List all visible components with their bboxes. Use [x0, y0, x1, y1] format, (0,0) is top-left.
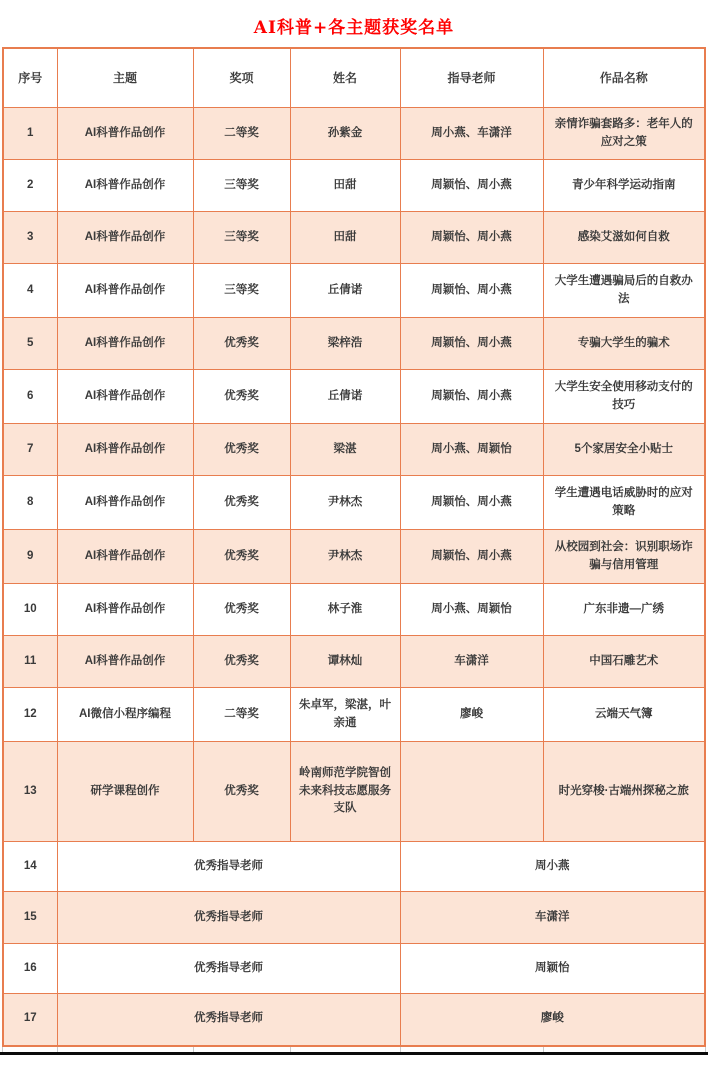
- cell-no: 10: [3, 584, 57, 636]
- cell-award: 优秀奖: [193, 584, 290, 636]
- cell-no: 7: [3, 424, 57, 476]
- gridline-tick: [57, 1047, 58, 1052]
- cell-name: 梁湛: [290, 424, 400, 476]
- cell-award: 三等奖: [193, 212, 290, 264]
- cell-no: 13: [3, 742, 57, 842]
- gridline-tick: [400, 1047, 401, 1052]
- cell-name: 尹林杰: [290, 530, 400, 584]
- cell-no: 16: [3, 944, 57, 994]
- cell-no: 14: [3, 842, 57, 892]
- cell-topic: AI科普作品创作: [57, 370, 193, 424]
- cell-teacher: [400, 742, 543, 842]
- cell-topic: AI科普作品创作: [57, 160, 193, 212]
- cell-award-label: 优秀指导老师: [57, 994, 400, 1046]
- cell-teacher: 周颖怡、周小燕: [400, 318, 543, 370]
- cell-award: 三等奖: [193, 264, 290, 318]
- cell-teacher: 周小燕、周颖怡: [400, 424, 543, 476]
- summary-row: 15优秀指导老师车潇洋: [3, 892, 705, 944]
- cell-award: 优秀奖: [193, 476, 290, 530]
- cell-topic: AI科普作品创作: [57, 584, 193, 636]
- cell-name: 田甜: [290, 160, 400, 212]
- cell-work: 大学生遭遇骗局后的自救办法: [543, 264, 705, 318]
- cell-topic: AI科普作品创作: [57, 264, 193, 318]
- cell-no: 4: [3, 264, 57, 318]
- cell-award: 三等奖: [193, 160, 290, 212]
- cell-teacher: 周颖怡、周小燕: [400, 530, 543, 584]
- header-cell-topic: 主题: [57, 48, 193, 108]
- summary-row: 14优秀指导老师周小燕: [3, 842, 705, 892]
- header-cell-name: 姓名: [290, 48, 400, 108]
- cell-award-label: 优秀指导老师: [57, 944, 400, 994]
- cell-work: 感染艾滋如何自救: [543, 212, 705, 264]
- table-row: 11AI科普作品创作优秀奖谭林灿车潇洋中国石雕艺术: [3, 636, 705, 688]
- cell-award: 优秀奖: [193, 636, 290, 688]
- cell-winner: 车潇洋: [400, 892, 705, 944]
- gridline-tick: [705, 1047, 706, 1052]
- screenshot-edge-line: [0, 1052, 708, 1055]
- cell-teacher: 周颖怡、周小燕: [400, 264, 543, 318]
- summary-row: 16优秀指导老师周颖怡: [3, 944, 705, 994]
- bottom-strip: [0, 1047, 708, 1059]
- table-row: 4AI科普作品创作三等奖丘倩诺周颖怡、周小燕大学生遭遇骗局后的自救办法: [3, 264, 705, 318]
- cell-topic: AI科普作品创作: [57, 424, 193, 476]
- cell-topic: 研学课程创作: [57, 742, 193, 842]
- cell-award-label: 优秀指导老师: [57, 842, 400, 892]
- cell-work: 学生遭遇电话威胁时的应对策略: [543, 476, 705, 530]
- cell-topic: AI科普作品创作: [57, 530, 193, 584]
- awards-table: 序号 主题 奖项 姓名 指导老师 作品名称 1AI科普作品创作二等奖孙紫金周小燕…: [2, 47, 706, 1047]
- cell-name: 田甜: [290, 212, 400, 264]
- cell-no: 12: [3, 688, 57, 742]
- header-cell-award: 奖项: [193, 48, 290, 108]
- table-row: 1AI科普作品创作二等奖孙紫金周小燕、车潇洋亲情诈骗套路多：老年人的应对之策: [3, 108, 705, 160]
- cell-teacher: 周小燕、周颖怡: [400, 584, 543, 636]
- table-row: 10AI科普作品创作优秀奖林子淮周小燕、周颖怡广东非遗—广绣: [3, 584, 705, 636]
- cell-name: 林子淮: [290, 584, 400, 636]
- cell-award: 二等奖: [193, 108, 290, 160]
- cell-no: 15: [3, 892, 57, 944]
- cell-name: 谭林灿: [290, 636, 400, 688]
- cell-work: 时光穿梭·古端州探秘之旅: [543, 742, 705, 842]
- cell-no: 6: [3, 370, 57, 424]
- cell-winner: 廖峻: [400, 994, 705, 1046]
- gridline-tick: [2, 1047, 3, 1052]
- cell-teacher: 车潇洋: [400, 636, 543, 688]
- cell-work: 5个家居安全小贴士: [543, 424, 705, 476]
- gridline-tick: [193, 1047, 194, 1052]
- cell-award: 优秀奖: [193, 370, 290, 424]
- table-row: 8AI科普作品创作优秀奖尹林杰周颖怡、周小燕学生遭遇电话威胁时的应对策略: [3, 476, 705, 530]
- cell-work: 云端天气簿: [543, 688, 705, 742]
- cell-winner: 周小燕: [400, 842, 705, 892]
- cell-topic: AI微信小程序编程: [57, 688, 193, 742]
- cell-teacher: 周颖怡、周小燕: [400, 370, 543, 424]
- cell-teacher: 廖峻: [400, 688, 543, 742]
- header-row: 序号 主题 奖项 姓名 指导老师 作品名称: [3, 48, 705, 108]
- table-row: 7AI科普作品创作优秀奖梁湛周小燕、周颖怡5个家居安全小贴士: [3, 424, 705, 476]
- gridline-tick: [290, 1047, 291, 1052]
- cell-name: 岭南师范学院智创未来科技志愿服务支队: [290, 742, 400, 842]
- cell-work: 中国石雕艺术: [543, 636, 705, 688]
- cell-teacher: 周小燕、车潇洋: [400, 108, 543, 160]
- cell-topic: AI科普作品创作: [57, 636, 193, 688]
- cell-award: 优秀奖: [193, 424, 290, 476]
- cell-no: 17: [3, 994, 57, 1046]
- cell-no: 9: [3, 530, 57, 584]
- cell-award-label: 优秀指导老师: [57, 892, 400, 944]
- cell-work: 青少年科学运动指南: [543, 160, 705, 212]
- cell-no: 11: [3, 636, 57, 688]
- cell-name: 孙紫金: [290, 108, 400, 160]
- cell-work: 专骗大学生的骗术: [543, 318, 705, 370]
- cell-topic: AI科普作品创作: [57, 318, 193, 370]
- summary-row: 17优秀指导老师廖峻: [3, 994, 705, 1046]
- cell-work: 广东非遗—广绣: [543, 584, 705, 636]
- cell-name: 尹林杰: [290, 476, 400, 530]
- cell-work: 从校园到社会：识别职场诈骗与信用管理: [543, 530, 705, 584]
- table-row: 9AI科普作品创作优秀奖尹林杰周颖怡、周小燕从校园到社会：识别职场诈骗与信用管理: [3, 530, 705, 584]
- cell-award: 优秀奖: [193, 530, 290, 584]
- cell-no: 5: [3, 318, 57, 370]
- cell-work: 亲情诈骗套路多：老年人的应对之策: [543, 108, 705, 160]
- document-page: AI科普+各主题获奖名单 序号 主题 奖项 姓名 指导老师 作品名称 1AI科普…: [0, 0, 708, 1070]
- cell-award: 二等奖: [193, 688, 290, 742]
- page-title: AI科普+各主题获奖名单: [0, 0, 708, 47]
- cell-teacher: 周颖怡、周小燕: [400, 160, 543, 212]
- cell-award: 优秀奖: [193, 318, 290, 370]
- cell-winner: 周颖怡: [400, 944, 705, 994]
- table-row: 5AI科普作品创作优秀奖梁梓浩周颖怡、周小燕专骗大学生的骗术: [3, 318, 705, 370]
- table-row: 3AI科普作品创作三等奖田甜周颖怡、周小燕感染艾滋如何自救: [3, 212, 705, 264]
- table-row: 13研学课程创作优秀奖岭南师范学院智创未来科技志愿服务支队时光穿梭·古端州探秘之…: [3, 742, 705, 842]
- table-row: 12AI微信小程序编程二等奖朱卓军，梁湛，叶亲通廖峻云端天气簿: [3, 688, 705, 742]
- gridline-tick: [543, 1047, 544, 1052]
- cell-topic: AI科普作品创作: [57, 212, 193, 264]
- cell-topic: AI科普作品创作: [57, 108, 193, 160]
- cell-no: 2: [3, 160, 57, 212]
- cell-topic: AI科普作品创作: [57, 476, 193, 530]
- header-cell-work: 作品名称: [543, 48, 705, 108]
- cell-teacher: 周颖怡、周小燕: [400, 476, 543, 530]
- header-cell-no: 序号: [3, 48, 57, 108]
- cell-award: 优秀奖: [193, 742, 290, 842]
- cell-no: 8: [3, 476, 57, 530]
- cell-name: 丘倩诺: [290, 370, 400, 424]
- header-cell-teacher: 指导老师: [400, 48, 543, 108]
- cell-name: 丘倩诺: [290, 264, 400, 318]
- table-row: 2AI科普作品创作三等奖田甜周颖怡、周小燕青少年科学运动指南: [3, 160, 705, 212]
- cell-teacher: 周颖怡、周小燕: [400, 212, 543, 264]
- cell-name: 朱卓军，梁湛，叶亲通: [290, 688, 400, 742]
- table-row: 6AI科普作品创作优秀奖丘倩诺周颖怡、周小燕大学生安全使用移动支付的技巧: [3, 370, 705, 424]
- cell-name: 梁梓浩: [290, 318, 400, 370]
- cell-no: 3: [3, 212, 57, 264]
- cell-no: 1: [3, 108, 57, 160]
- cell-work: 大学生安全使用移动支付的技巧: [543, 370, 705, 424]
